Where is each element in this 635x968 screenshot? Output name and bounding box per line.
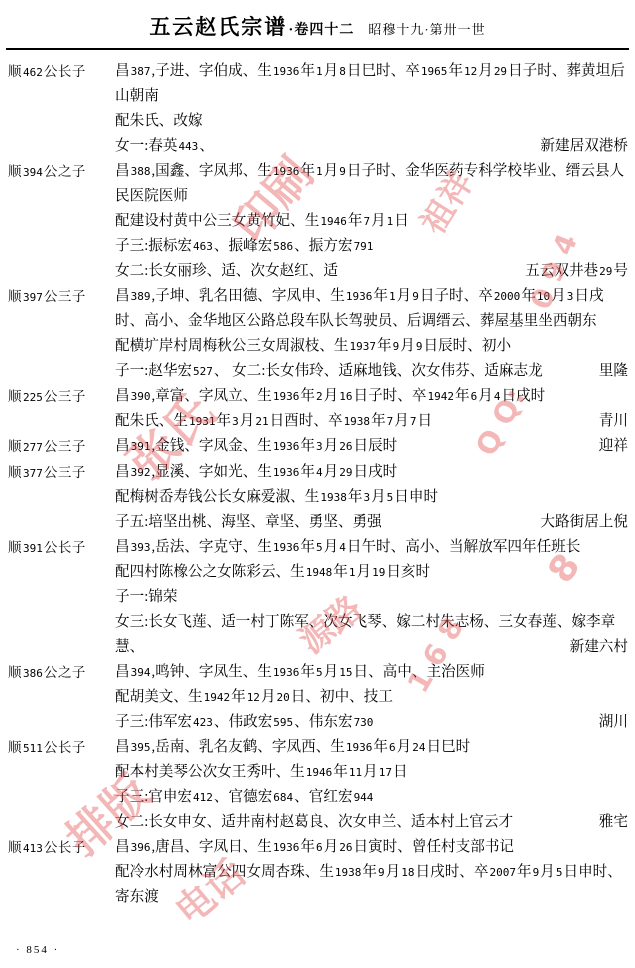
line-text: 配横圹岸村周梅秋公三女周淑枝、生1937年9月9日辰时、初小 — [115, 338, 511, 354]
line-text: 昌395,岳南、乳名友鹤、字凤西、生1936年6月24日巳时 — [115, 739, 470, 755]
entry-line: 昌391,金钱、字凤金、生1936年3月26日辰时迎祥 — [115, 434, 628, 459]
residence-note: 迎祥 — [599, 434, 628, 459]
entry-row: 顺394公之子 昌388,国鑫、字凤邦、生1936年1月9日子时、金华医药专科学… — [8, 159, 628, 284]
entry-content: 昌390,章富、字凤立、生1936年2月16日子时、卒1942年6月4日戌时配朱… — [115, 384, 628, 434]
entry-line: 昌395,岳南、乳名友鹤、字凤西、生1936年6月24日巳时 — [115, 735, 628, 760]
line-text: 配建设村黄中公三女黄竹妃、生1946年7月1日 — [115, 213, 409, 229]
entry-content: 昌388,国鑫、字凤邦、生1936年1月9日子时、金华医药专科学校毕业、缙云县人… — [115, 159, 628, 284]
residence-note: 雅宅 — [599, 810, 628, 835]
line-text: 子三:伟军宏423、伟政宏595、伟东宏730 — [115, 714, 374, 730]
entry-content: 昌396,唐昌、字凤日、生1936年6月26日寅时、曾任村支部书记配冷水村周林富… — [115, 835, 628, 910]
entry-row: 顺397公三子 昌389,子坤、乳名田德、字凤申、生1936年1月9日子时、卒2… — [8, 284, 628, 384]
line-text: 配四村陈橡公之女陈彩云、生1948年1月19日亥时 — [115, 564, 430, 580]
entry-label: 顺413公长子 — [8, 835, 115, 861]
line-text: 昌390,章富、字凤立、生1936年2月16日子时、卒1942年6月4日戌时 — [115, 388, 545, 404]
entry-content: 昌395,岳南、乳名友鹤、字凤西、生1936年6月24日巳时配本村美琴公次女王秀… — [115, 735, 628, 835]
entry-label: 顺511公长子 — [8, 735, 115, 761]
entry-row: 顺511公长子 昌395,岳南、乳名友鹤、字凤西、生1936年6月24日巳时配本… — [8, 735, 628, 835]
residence-note: 新建居双港桥 — [540, 134, 628, 159]
generation-label: 昭穆十九·第卅一世 — [368, 22, 485, 37]
entry-line: 配梅树岙寿钱公长女麻爱淑、生1938年3月5日申时 — [115, 485, 628, 510]
residence-note: 新建六村 — [570, 635, 628, 660]
line-text: 子三:振标宏463、振峰宏586、振方宏791 — [115, 238, 374, 254]
entry-row: 顺386公之子 昌394,鸣钟、字凤生、生1936年5月15日、高中、主治医师配… — [8, 660, 628, 735]
line-text: 子一:锦荣 — [115, 589, 177, 605]
line-text: 昌391,金钱、字凤金、生1936年3月26日辰时 — [115, 438, 397, 454]
line-text: 配梅树岙寿钱公长女麻爱淑、生1938年3月5日申时 — [115, 489, 438, 505]
page-number: · 854 · — [16, 944, 59, 956]
entry-line: 昌389,子坤、乳名田德、字凤申、生1936年1月9日子时、卒2000年10月3… — [115, 284, 628, 334]
residence-note: 五云双井巷29号 — [525, 259, 628, 284]
entry-row: 顺277公三子 昌391,金钱、字凤金、生1936年3月26日辰时迎祥 — [8, 434, 628, 460]
entry-label: 顺397公三子 — [8, 284, 115, 310]
entry-row: 顺377公三子 昌392,显溪、字如光、生1936年4月29日戌时配梅树岙寿钱公… — [8, 460, 628, 535]
entry-row: 顺462公长子 昌387,子进、字伯成、生1936年1月8日巳时、卒1965年1… — [8, 59, 628, 159]
volume-label: 卷四十二 — [294, 23, 354, 38]
line-text: 昌396,唐昌、字凤日、生1936年6月26日寅时、曾任村支部书记 — [115, 839, 514, 855]
line-text: 配本村美琴公次女王秀叶、生1946年11月17日 — [115, 764, 408, 780]
line-text: 昌387,子进、字伯成、生1936年1月8日巳时、卒1965年12月29日子时、… — [115, 63, 625, 104]
entries-list: 顺462公长子 昌387,子进、字伯成、生1936年1月8日巳时、卒1965年1… — [0, 50, 635, 910]
residence-note: 大路街居上倪 — [540, 510, 628, 535]
entry-label: 顺462公长子 — [8, 59, 115, 85]
line-text: 昌393,岳法、字克守、生1936年5月4日午时、高小、当解放军四年任班长 — [115, 539, 580, 555]
line-text: 女二:长女丽珍、适、次女赵红、适 — [115, 263, 338, 279]
entry-label: 顺377公三子 — [8, 460, 115, 486]
entry-line: 子三:伟军宏423、伟政宏595、伟东宏730湖川 — [115, 710, 628, 735]
line-text: 子一:赵华宏527、 女二:长女伟玲、适麻地钱、次女伟芬、适麻志龙 — [115, 363, 543, 379]
entry-label: 顺394公之子 — [8, 159, 115, 185]
residence-note: 青川 — [599, 409, 628, 434]
book-title: 五云赵氏宗谱 — [149, 15, 287, 39]
entry-label: 顺386公之子 — [8, 660, 115, 686]
entry-line: 子一:锦荣 — [115, 585, 628, 610]
entry-line: 配朱氏、改嫁 — [115, 109, 628, 134]
page-header: 五云赵氏宗谱·卷四十二昭穆十九·第卅一世 — [0, 0, 635, 41]
entry-row: 顺225公三子 昌390,章富、字凤立、生1936年2月16日子时、卒1942年… — [8, 384, 628, 434]
line-text: 配冷水村周林富公四女周杏珠、生1938年9月18日戌时、卒2007年9月5日申时… — [115, 864, 622, 905]
entry-line: 昌396,唐昌、字凤日、生1936年6月26日寅时、曾任村支部书记 — [115, 835, 628, 860]
entry-line: 配胡美文、生1942年12月20日、初中、技工 — [115, 685, 628, 710]
entry-line: 配横圹岸村周梅秋公三女周淑枝、生1937年9月9日辰时、初小 — [115, 334, 628, 359]
entry-row: 顺413公长子 昌396,唐昌、字凤日、生1936年6月26日寅时、曾任村支部书… — [8, 835, 628, 910]
entry-line: 昌394,鸣钟、字凤生、生1936年5月15日、高中、主治医师 — [115, 660, 628, 685]
genealogy-page: 五云赵氏宗谱·卷四十二昭穆十九·第卅一世 顺462公长子 昌387,子进、字伯成… — [0, 0, 635, 968]
entry-line: 女三:长女飞莲、适一村丁陈军、次女飞琴、嫁二村朱志杨、三女春莲、嫁李章慧、新建六… — [115, 610, 628, 660]
entry-content: 昌392,显溪、字如光、生1936年4月29日戌时配梅树岙寿钱公长女麻爱淑、生1… — [115, 460, 628, 535]
title-separator: · — [288, 22, 293, 38]
entry-line: 子三:官申宏412、官德宏684、官红宏944 — [115, 785, 628, 810]
entry-content: 昌387,子进、字伯成、生1936年1月8日巳时、卒1965年12月29日子时、… — [115, 59, 628, 159]
entry-line: 配建设村黄中公三女黄竹妃、生1946年7月1日 — [115, 209, 628, 234]
entry-content: 昌393,岳法、字克守、生1936年5月4日午时、高小、当解放军四年任班长配四村… — [115, 535, 628, 660]
entry-line: 昌388,国鑫、字凤邦、生1936年1月9日子时、金华医药专科学校毕业、缙云县人… — [115, 159, 628, 209]
entry-row: 顺391公长子 昌393,岳法、字克守、生1936年5月4日午时、高小、当解放军… — [8, 535, 628, 660]
entry-content: 昌394,鸣钟、字凤生、生1936年5月15日、高中、主治医师配胡美文、生194… — [115, 660, 628, 735]
entry-line: 昌390,章富、字凤立、生1936年2月16日子时、卒1942年6月4日戌时 — [115, 384, 628, 409]
entry-line: 配冷水村周林富公四女周杏珠、生1938年9月18日戌时、卒2007年9月5日申时… — [115, 860, 628, 910]
entry-line: 昌387,子进、字伯成、生1936年1月8日巳时、卒1965年12月29日子时、… — [115, 59, 628, 109]
line-text: 女二:长女申女、适井南村赵葛良、次女申兰、适本村上官云才 — [115, 814, 513, 830]
entry-line: 女一:春英443、新建居双港桥 — [115, 134, 628, 159]
line-text: 子五:培坚出桃、海坚、章坚、勇坚、勇强 — [115, 514, 382, 530]
entry-line: 子三:振标宏463、振峰宏586、振方宏791 — [115, 234, 628, 259]
line-text: 昌389,子坤、乳名田德、字凤申、生1936年1月9日子时、卒2000年10月3… — [115, 288, 604, 329]
residence-note: 里隆 — [599, 359, 628, 384]
residence-note: 湖川 — [599, 710, 628, 735]
line-text: 子三:官申宏412、官德宏684、官红宏944 — [115, 789, 374, 805]
line-text: 配朱氏、改嫁 — [115, 113, 203, 129]
line-text: 昌388,国鑫、字凤邦、生1936年1月9日子时、金华医药专科学校毕业、缙云县人… — [115, 163, 624, 204]
entry-line: 女二:长女申女、适井南村赵葛良、次女申兰、适本村上官云才雅宅 — [115, 810, 628, 835]
entry-label: 顺391公长子 — [8, 535, 115, 561]
line-text: 女一:春英443、 — [115, 138, 214, 154]
entry-content: 昌391,金钱、字凤金、生1936年3月26日辰时迎祥 — [115, 434, 628, 459]
line-text: 昌392,显溪、字如光、生1936年4月29日戌时 — [115, 464, 397, 480]
entry-content: 昌389,子坤、乳名田德、字凤申、生1936年1月9日子时、卒2000年10月3… — [115, 284, 628, 384]
line-text: 女三:长女飞莲、适一村丁陈军、次女飞琴、嫁二村朱志杨、三女春莲、嫁李章慧、 — [115, 614, 615, 655]
entry-line: 子五:培坚出桃、海坚、章坚、勇坚、勇强大路街居上倪 — [115, 510, 628, 535]
line-text: 配胡美文、生1942年12月20日、初中、技工 — [115, 689, 393, 705]
entry-line: 昌393,岳法、字克守、生1936年5月4日午时、高小、当解放军四年任班长 — [115, 535, 628, 560]
entry-line: 女二:长女丽珍、适、次女赵红、适五云双井巷29号 — [115, 259, 628, 284]
line-text: 配朱氏、生1931年3月21日酉时、卒1938年7月7日 — [115, 413, 432, 429]
entry-line: 配本村美琴公次女王秀叶、生1946年11月17日 — [115, 760, 628, 785]
entry-label: 顺225公三子 — [8, 384, 115, 410]
entry-line: 配四村陈橡公之女陈彩云、生1948年1月19日亥时 — [115, 560, 628, 585]
line-text: 昌394,鸣钟、字凤生、生1936年5月15日、高中、主治医师 — [115, 664, 485, 680]
entry-line: 昌392,显溪、字如光、生1936年4月29日戌时 — [115, 460, 628, 485]
entry-line: 配朱氏、生1931年3月21日酉时、卒1938年7月7日青川 — [115, 409, 628, 434]
entry-label: 顺277公三子 — [8, 434, 115, 460]
entry-line: 子一:赵华宏527、 女二:长女伟玲、适麻地钱、次女伟芬、适麻志龙里隆 — [115, 359, 628, 384]
